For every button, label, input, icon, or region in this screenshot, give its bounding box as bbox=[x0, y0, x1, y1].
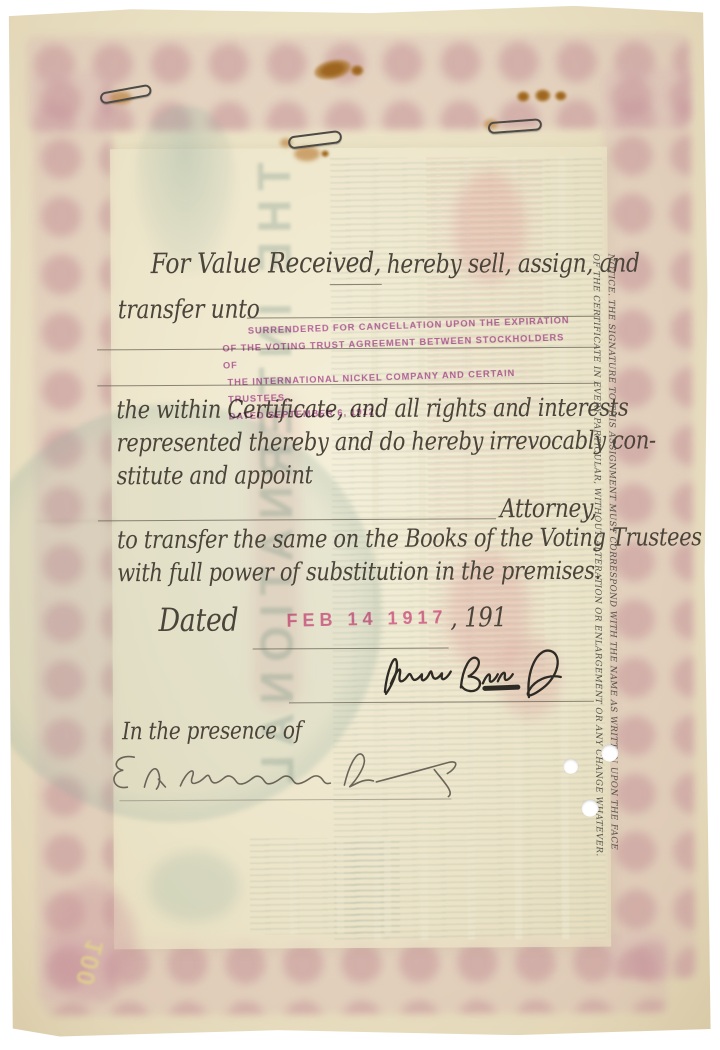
stain-dot bbox=[321, 150, 329, 157]
witness-signature bbox=[104, 739, 472, 805]
stain-dot bbox=[535, 89, 551, 102]
dated-label: Dated bbox=[158, 601, 238, 639]
notice-line1: NOTICE. THE SIGNATURE TO THIS ASSIGNMENT… bbox=[603, 254, 620, 738]
principal-signature bbox=[377, 641, 569, 706]
punch-hole bbox=[601, 745, 618, 762]
form-line2-label: transfer unto bbox=[118, 295, 260, 326]
stain-dot bbox=[555, 91, 567, 101]
punch-hole bbox=[581, 800, 598, 817]
border-band-top bbox=[25, 32, 689, 131]
certificate-paper: THE INTERNATIONAL NICKEL COMPANY 100 For… bbox=[5, 4, 712, 1040]
form-body-line3: stitute and appoint bbox=[117, 460, 313, 490]
year-suffix: , 191 bbox=[450, 602, 506, 633]
form-body-line5: with full power of substitution in the p… bbox=[117, 556, 601, 588]
border-band-left bbox=[32, 71, 117, 1001]
rust-stain bbox=[294, 146, 320, 161]
form-line1-pre: For Value Received, bbox=[151, 246, 382, 280]
stain-dot bbox=[517, 91, 530, 102]
punch-hole bbox=[563, 759, 578, 774]
stain-top-center-small bbox=[351, 65, 364, 76]
scanned-certificate-back: THE INTERNATIONAL NICKEL COMPANY 100 For… bbox=[0, 0, 720, 1050]
date-stamp: FEB 14 1917 bbox=[286, 607, 448, 632]
staple-top-right bbox=[488, 118, 543, 134]
attorney-label: Attorney, bbox=[500, 494, 597, 525]
form-body-line2: represented thereby and do hereby irrevo… bbox=[117, 425, 656, 457]
notice-vertical-text: NOTICE. THE SIGNATURE TO THIS ASSIGNMENT… bbox=[589, 254, 621, 738]
cancellation-stamp: SURRENDERED FOR CANCELLATION UPON THE EX… bbox=[222, 312, 577, 426]
staple-top-center bbox=[287, 130, 342, 150]
